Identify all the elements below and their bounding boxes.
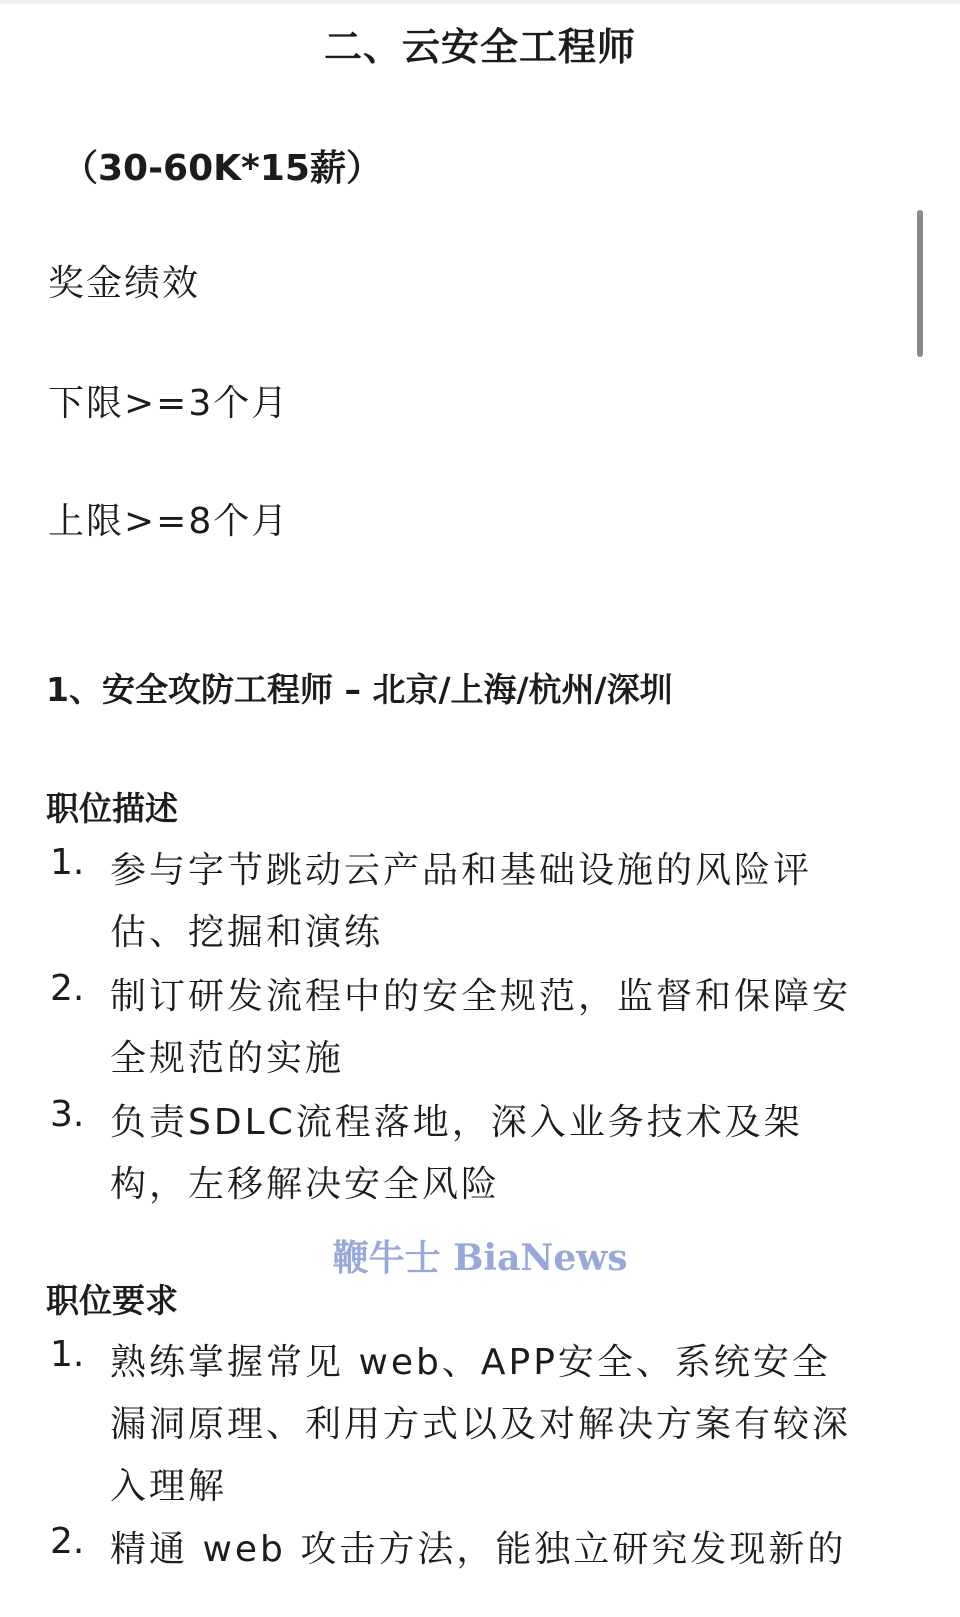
list-item-text: 入理解 — [110, 1458, 227, 1509]
requirements-heading: 职位要求 — [46, 1275, 178, 1322]
watermark-logo: 鞭牛士 BiaNews — [0, 1230, 960, 1281]
list-item-number: 1. — [50, 842, 84, 883]
list-item-text: 漏洞原理、利用方式以及对解决方案有较深 — [110, 1396, 851, 1447]
list-item-text: 制订研发流程中的安全规范，监督和保障安 — [110, 968, 851, 1019]
list-item-number: 2. — [50, 968, 84, 1009]
list-item-text: 负责SDLC流程落地，深入业务技术及架 — [110, 1094, 803, 1145]
bonus-label: 奖金绩效 — [48, 255, 200, 306]
list-item-text: 估、挖掘和演练 — [110, 904, 383, 955]
list-item-number: 2. — [50, 1521, 84, 1562]
list-item-number: 1. — [50, 1334, 84, 1375]
list-item-text: 精通 web 攻击方法，能独立研究发现新的 — [110, 1521, 846, 1572]
top-divider — [0, 0, 960, 4]
list-item-number: 3. — [50, 1094, 84, 1135]
salary-range: （30-60K*15薪） — [62, 140, 382, 191]
vertical-scrollbar[interactable] — [917, 210, 923, 357]
list-item-text: 全规范的实施 — [110, 1030, 344, 1081]
page-title: 二、云安全工程师 — [0, 16, 960, 71]
list-item-text: 参与字节跳动云产品和基础设施的风险评 — [110, 842, 812, 893]
description-heading: 职位描述 — [46, 783, 178, 830]
bonus-lower-limit: 下限>=3个月 — [48, 375, 289, 426]
job-heading: 1、安全攻防工程师 – 北京/上海/杭州/深圳 — [46, 664, 673, 711]
list-item-text: 熟练掌握常见 web、APP安全、系统安全 — [110, 1334, 831, 1385]
list-item-text: 构，左移解决安全风险 — [110, 1156, 500, 1207]
bonus-upper-limit: 上限>=8个月 — [48, 493, 289, 544]
